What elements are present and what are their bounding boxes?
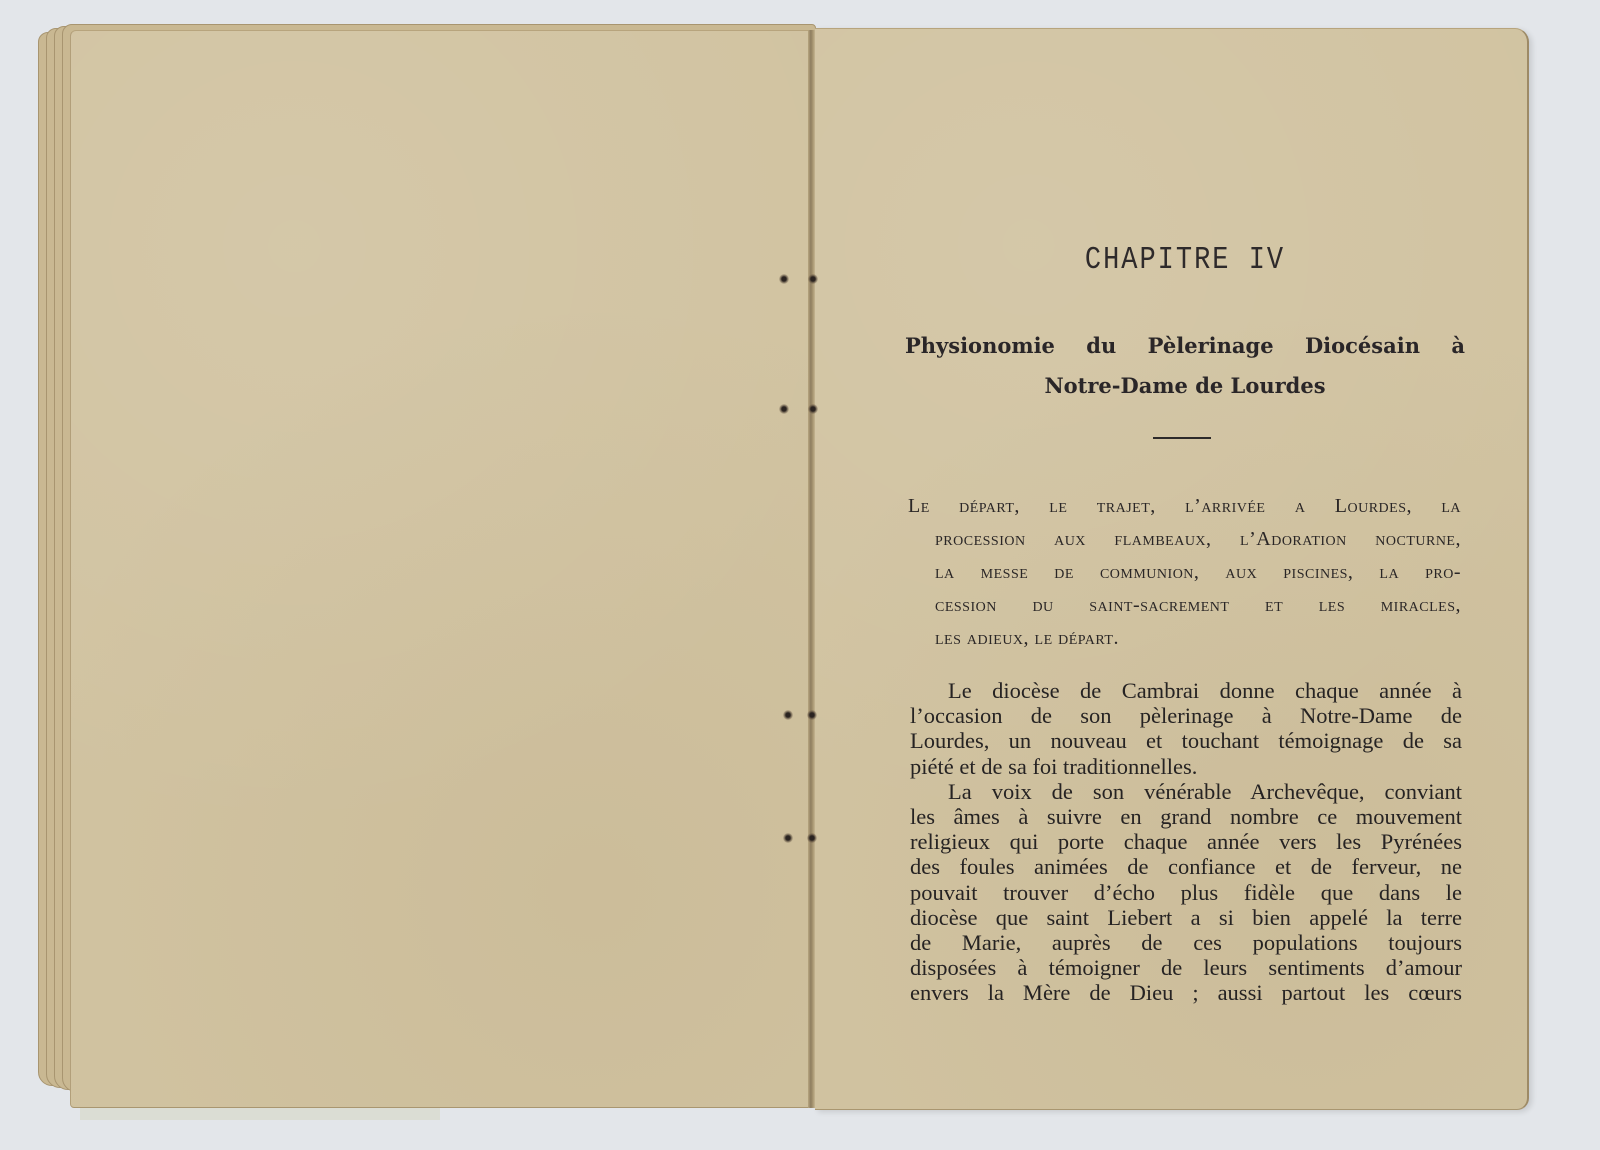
summary-line: cession du saint-sacrement et les miracl…	[908, 589, 1461, 622]
body-line: disposées à témoigner de leurs sentiment…	[910, 955, 1462, 980]
body-line: Lourdes, un nouveau et touchant témoigna…	[910, 728, 1462, 753]
chapter-title: Physionomie du Pèlerinage Diocésain à No…	[905, 326, 1465, 406]
body-line: pouvait trouver d’écho plus fidèle que d…	[910, 880, 1462, 905]
body-line: de Marie, auprès de ces populations touj…	[910, 930, 1462, 955]
chapter-title-line-2: Notre-Dame de Lourdes	[1044, 373, 1325, 398]
staple-hole	[779, 274, 789, 284]
body-line: diocèse que saint Liebert a si bien appe…	[910, 905, 1462, 930]
body-line: Le diocèse de Cambrai donne chaque année…	[910, 678, 1462, 703]
body-paragraphs: Le diocèse de Cambrai donne chaque année…	[910, 678, 1462, 1006]
summary-line: la messe de communion, aux piscines, la …	[908, 556, 1461, 589]
chapter-summary: Le départ, le trajet, l’arrivée a Lourde…	[908, 490, 1461, 655]
staple-hole	[807, 710, 817, 720]
body-line: les âmes à suivre en grand nombre ce mou…	[910, 804, 1462, 829]
body-line: envers la Mère de Dieu ; aussi partout l…	[910, 980, 1462, 1005]
staple-hole	[808, 404, 818, 414]
spine-gutter	[808, 30, 815, 1108]
staple-hole	[808, 274, 818, 284]
body-line: La voix de son vénérable Archevêque, con…	[910, 779, 1462, 804]
tissue-sheet	[80, 1106, 440, 1120]
summary-line: les adieux, le départ.	[908, 622, 1461, 655]
body-line: religieux qui porte chaque année vers le…	[910, 829, 1462, 854]
body-line: des foules animées de confiance et de fe…	[910, 854, 1462, 879]
staple-hole	[807, 833, 817, 843]
body-line: l’occasion de son pèlerinage à Notre-Dam…	[910, 703, 1462, 728]
body-line: piété et de sa foi traditionnelles.	[910, 754, 1462, 779]
chapter-title-line-1: Physionomie du Pèlerinage Diocésain à	[905, 326, 1465, 366]
staple-hole	[779, 404, 789, 414]
staple-hole	[783, 710, 793, 720]
staple-hole	[783, 833, 793, 843]
summary-line: Le départ, le trajet, l’arrivée a Lourde…	[908, 490, 1461, 523]
left-page-blank	[70, 30, 816, 1108]
chapter-heading: CHAPITRE IV	[908, 244, 1462, 279]
open-booklet: CHAPITRE IV Physionomie du Pèlerinage Di…	[0, 0, 1600, 1150]
section-rule	[1153, 437, 1211, 439]
summary-line: procession aux flambeaux, l’Adoration no…	[908, 523, 1461, 556]
